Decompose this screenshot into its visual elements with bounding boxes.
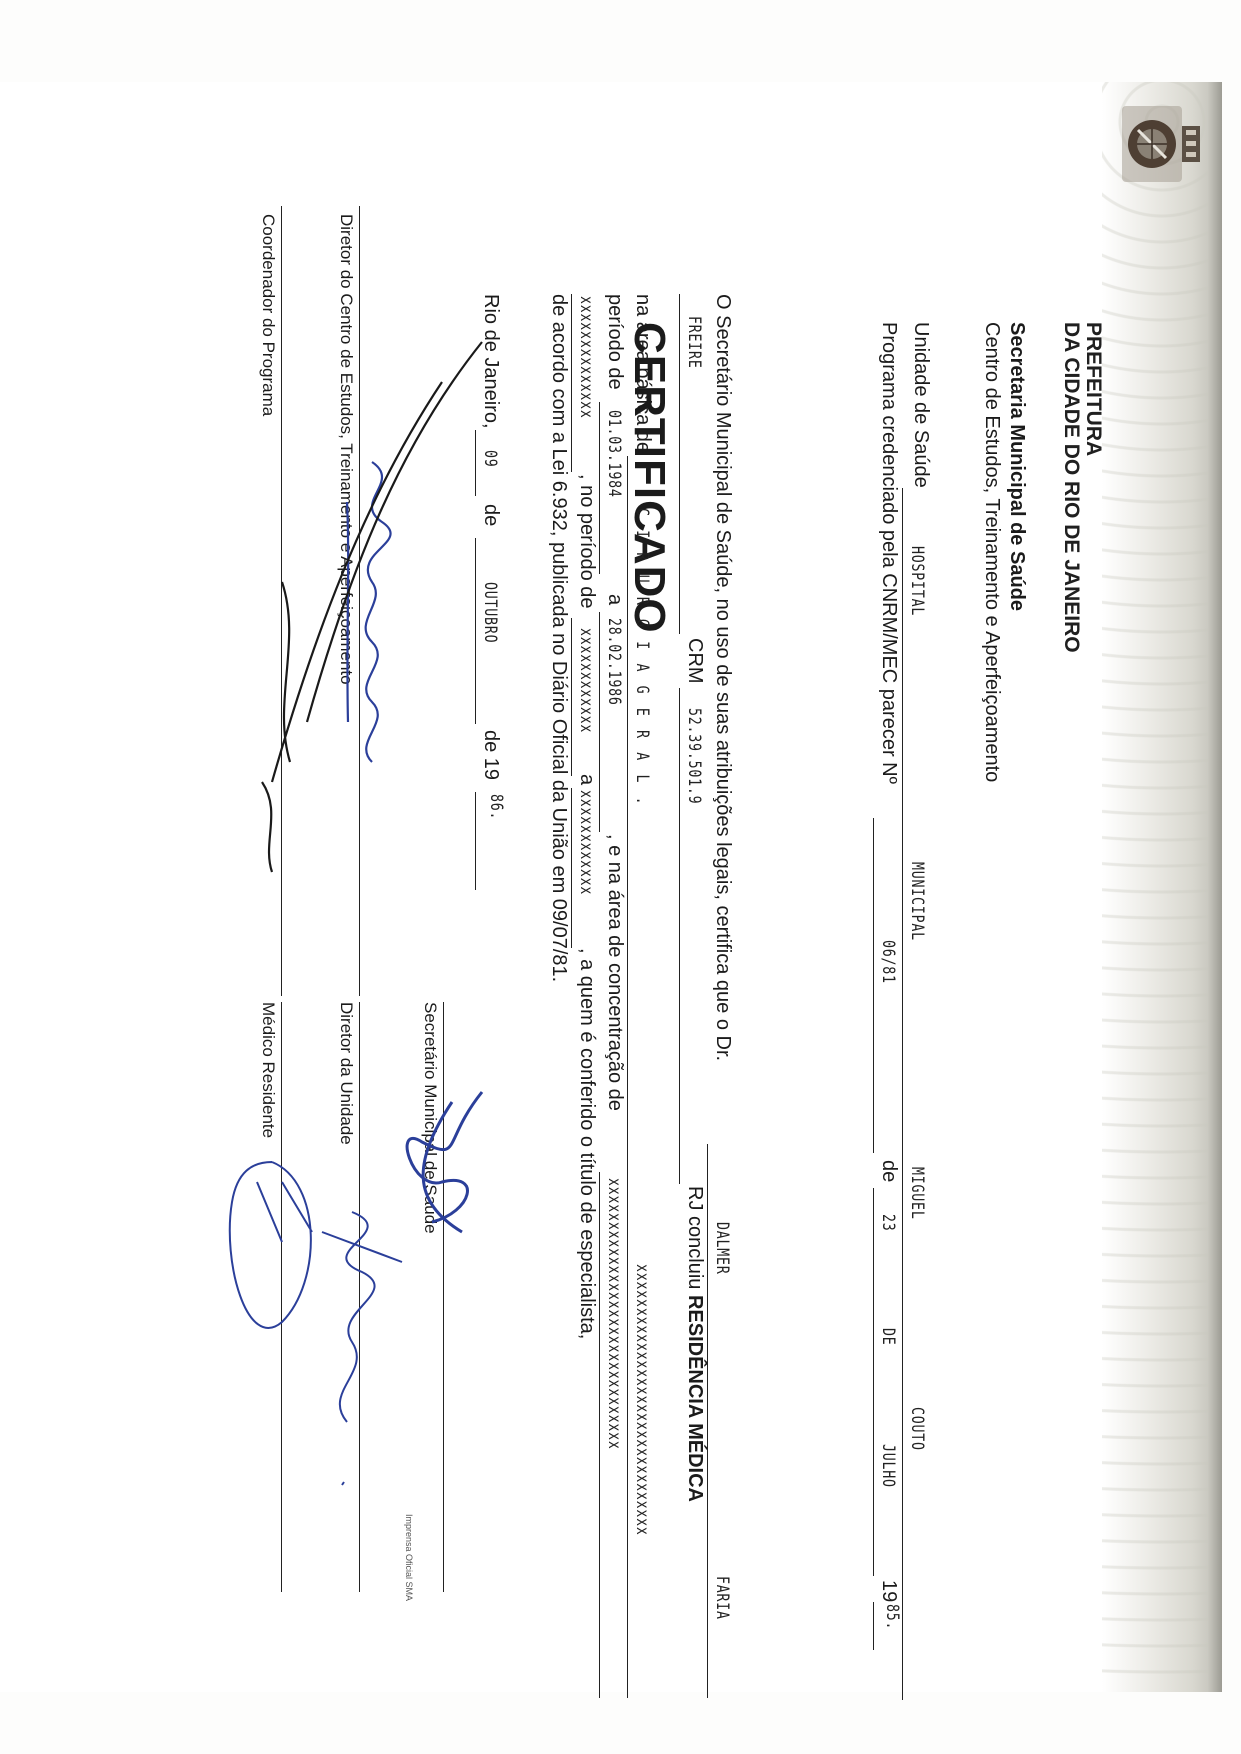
doctor-name-word-3: FREIRE xyxy=(684,316,704,369)
concluded-text: RJ concluiu xyxy=(684,1186,706,1289)
header-line-1: PREFEITURA xyxy=(1082,322,1104,653)
header-line-2: DA CIDADE DO RIO DE JANEIRO xyxy=(1060,322,1082,653)
period-a: a xyxy=(603,594,626,605)
concentration-field: xxxxxxxxxxxxxxxxxxxxxxxxxxxxxxx xyxy=(599,1172,626,1698)
department-name: Secretaria Municipal de Saúde xyxy=(1006,322,1028,611)
parecer-value: 06/81 xyxy=(878,940,898,984)
concentration-value: xxxxxxxxxxxxxxxxxxxxxxxxxxxxxxx xyxy=(604,1178,624,1450)
department-subunit: Centro de Estudos, Treinamento e Aperfei… xyxy=(979,322,1004,782)
crm-field: 52.39.501.9 xyxy=(679,688,706,1184)
program-year-field: 85. xyxy=(873,1602,900,1650)
certificate-sheet: PREFEITURA DA CIDADE DO RIO DE JANEIRO S… xyxy=(0,82,1222,1692)
unit-field: HOSPITAL MUNICIPAL MIGUEL COUTO xyxy=(902,488,929,1700)
program-month: JULHO xyxy=(878,1444,898,1488)
program-year-suffix: 85. xyxy=(882,1604,902,1630)
city-coat-of-arms-icon xyxy=(1112,100,1204,188)
program-label: Programa credenciado pela CNRM/MEC parec… xyxy=(878,322,900,784)
date-from-value: 01.03.1984 xyxy=(604,410,624,498)
department-block: Secretaria Municipal de Saúde Centro de … xyxy=(979,322,1029,782)
program-year-prefix: 19 xyxy=(877,1580,900,1602)
parecer-field: 06/81 xyxy=(873,818,900,1153)
unit-word-1: HOSPITAL xyxy=(907,546,927,616)
body-line-2-tail: RJ concluiu RESIDÊNCIA MÉDICA xyxy=(683,1186,706,1502)
security-pattern-band xyxy=(1102,82,1222,1692)
crm-value: 52.39.501.9 xyxy=(684,708,704,804)
l5-tail: , a quem é conferido o título de especia… xyxy=(575,948,598,1339)
date-from-field: 01.03.1984 xyxy=(599,402,626,574)
program-date-field: 23 DE JULHO xyxy=(873,1188,900,1576)
residency-label: RESIDÊNCIA MÉDICA xyxy=(684,1295,706,1502)
crm-label: CRM xyxy=(683,638,706,684)
area-basica-field: C I R U R G I A G E R A L . xxxxxxxxxxxx… xyxy=(627,456,654,1698)
date-to-value: 28.02.1986 xyxy=(604,618,624,706)
area-basica-filler: xxxxxxxxxxxxxxxxxxxxxxxxxxxxxxx xyxy=(632,1264,652,1536)
header-title: PREFEITURA DA CIDADE DO RIO DE JANEIRO xyxy=(1060,322,1104,653)
area-basica-label: na área básica de xyxy=(631,294,654,453)
program-de2: DE xyxy=(878,1328,898,1346)
concentration-label: , e na área de concentração de xyxy=(603,834,626,1111)
unit-word-2: MUNICIPAL xyxy=(907,862,927,941)
handwritten-signatures xyxy=(202,82,522,1692)
l5-period-label: , no período de xyxy=(575,474,598,609)
l5-from-field: xxxxxxxxxxxx xyxy=(571,618,598,776)
doctor-name-word-2: FARIA xyxy=(712,1576,732,1620)
l5-to-field: xxxxxxxxxxxx xyxy=(571,788,598,948)
doctor-name-word-1: DALMER xyxy=(712,1222,732,1275)
unit-label: Unidade de Saúde xyxy=(910,322,932,488)
program-day: 23 xyxy=(878,1214,898,1232)
law-reference: de acordo com a Lei 6.932, publicada no … xyxy=(547,294,570,982)
l5-a: a xyxy=(575,774,598,785)
l5-filler-field: xxxxxxxxxxxxxx xyxy=(571,294,598,472)
area-basica-value: C I R U R G I A G E R A L . xyxy=(632,508,652,808)
date-to-field: 28.02.1986 xyxy=(599,612,626,832)
doctor-name-field-2: FREIRE xyxy=(679,294,706,634)
doctor-name-field-1: DALMER FARIA xyxy=(707,1144,734,1698)
program-row: Programa credenciado pela CNRM/MEC parec… xyxy=(877,322,900,784)
unit-word-3: MIGUEL xyxy=(907,1167,927,1220)
l5-to: xxxxxxxxxxxx xyxy=(576,790,596,895)
period-label: período de xyxy=(603,294,626,390)
sheet-edge-shadow xyxy=(1208,82,1222,1692)
l5-from: xxxxxxxxxxxx xyxy=(576,628,596,733)
unit-row: Unidade de Saúde xyxy=(909,322,932,488)
l5-filler: xxxxxxxxxxxxxx xyxy=(576,296,596,419)
unit-word-4: COUTO xyxy=(907,1407,927,1451)
body-line-1: O Secretário Municipal de Saúde, no uso … xyxy=(711,294,734,1061)
program-de: de xyxy=(877,1160,900,1182)
